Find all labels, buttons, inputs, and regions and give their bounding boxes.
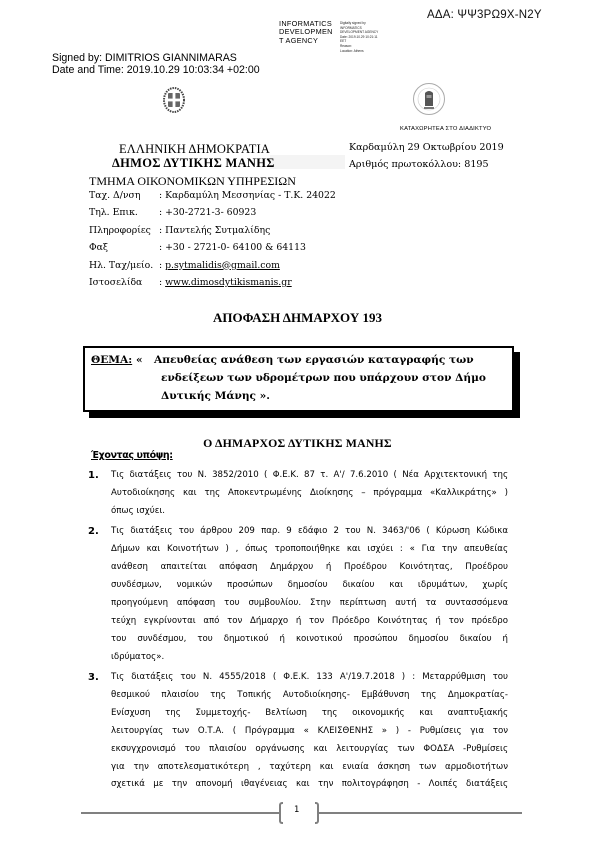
contact-row-fax: Φαξ : +30 - 2721-0- 64100 & 64113 [89, 242, 336, 259]
list-item-line: τεύχη εγκρίνονται από τον Δήμαρχο ή τον … [111, 613, 508, 631]
list-item: 3. Τις διατάξεις του Ν. 4555/2018 ( Φ.Ε.… [88, 669, 508, 794]
list-item-number: 2. [88, 523, 99, 541]
contact-row-phone: Τηλ. Επικ. : +30-2721-3- 60923 [89, 207, 336, 224]
signature-datetime: Date and Time: 2019.10.29 10:03:34 +02:0… [52, 64, 260, 76]
footer-rule-left [81, 812, 279, 814]
list-item-line: του συνδέσμου, του δημοτικού ή κοινοτικο… [111, 631, 508, 649]
list-item-number: 1. [88, 467, 99, 485]
page-number: 1 [294, 805, 299, 815]
list-item: 2. Τις διατάξεις του άρθρου 209 παρ. 9 ε… [88, 523, 508, 666]
contact-row-website: Ιστοσελίδα : www.dimosdytikismanis.gr [89, 277, 336, 294]
municipality-shade [270, 155, 345, 169]
ada-code: ΑΔΑ: ΨΨ3ΡΩ9Χ-Ν2Υ [427, 9, 542, 21]
list-item-line: σχετικά με την απονομή ιθαγένειας και τη… [111, 776, 508, 794]
contact-label: Τηλ. Επικ. [89, 207, 159, 224]
subject-line-text: Απευθείας ανάθεση των εργασιών καταγραφή… [154, 354, 474, 366]
footer-rule-right [319, 812, 522, 814]
contact-value: : +30 - 2721-0- 64100 & 64113 [159, 242, 306, 259]
fine-print-line: Location: Athens [340, 49, 378, 54]
contact-row-email: Ηλ. Ταχ/μείο. : p.sytmalidis@gmail.com [89, 260, 336, 277]
list-item-line: για την αποτελεσματικότερη , ταχύτερη κα… [111, 759, 508, 777]
contact-details: Ταχ. Δ/νση : Καρδαμύλη Μεσσηνίας - Τ.Κ. … [89, 190, 336, 294]
municipality-heading: ΔΗΜΟΣ ΔΥΤΙΚΗΣ ΜΑΝΗΣ [112, 156, 275, 171]
list-item-line: Αυτοδιοίκησης και της Αποκεντρωμένης Διο… [111, 485, 508, 503]
email-link[interactable]: p.sytmalidis@gmail.com [165, 260, 280, 277]
subject-line: Δυτικής Μάνης ». [91, 387, 486, 405]
contact-row-address: Ταχ. Δ/νση : Καρδαμύλη Μεσσηνίας - Τ.Κ. … [89, 190, 336, 207]
greek-coat-of-arms-icon [163, 87, 185, 113]
contact-value: : +30-2721-3- 60923 [159, 207, 256, 224]
website-link[interactable]: www.dimosdytikismanis.gr [165, 277, 292, 294]
list-item-line: συνδέσμων, νομικών προσώπων δημοσίου δικ… [111, 577, 508, 595]
contact-value: : Καρδαμύλη Μεσσηνίας - Τ.Κ. 24022 [159, 190, 336, 207]
document-date: Καρδαμύλη 29 Οκτωβρίου 2019 [349, 142, 504, 153]
list-item-line: Τις διατάξεις του Ν. 3852/2010 ( Φ.Ε.Κ. … [111, 467, 508, 485]
protocol-number: Αριθμός πρωτοκόλλου: 8195 [349, 159, 489, 170]
considerations-list: 1. Τις διατάξεις του Ν. 3852/2010 ( Φ.Ε.… [88, 467, 508, 797]
digital-signature-info: Signed by: DIMITRIOS GIANNIMARAS Date an… [52, 52, 260, 77]
decision-title: ΑΠΟΦΑΣΗ ΔΗΜΑΡΧΟΥ 193 [0, 310, 595, 326]
list-item-line: ανάθεση απαιτείται απόφαση Δημάρχου ή Πρ… [111, 559, 508, 577]
having-in-mind-heading: Έχοντας υπόψη: [91, 450, 173, 461]
subject-line: ΘΕΜΑ:«Απευθείας ανάθεση των εργασιών κατ… [91, 351, 486, 369]
list-item-line: Δήμων και Κοινοτήτων ) , όπως τροποποιήθ… [111, 541, 508, 559]
digital-signature-fine-print: Digitally signed by INFORMATICS DEVELOPM… [340, 21, 378, 53]
list-item-line: Τις διατάξεις του άρθρου 209 παρ. 9 εδάφ… [111, 523, 508, 541]
list-item-line: εκσυγχρονισμό του πλαισίου οργάνωσης και… [111, 741, 508, 759]
list-item-line: Ενίσχυση της Συμμετοχής- Βελτίωση της οι… [111, 705, 508, 723]
contact-value: : Παντελής Συτμαλίδης [159, 225, 270, 242]
republic-heading: ΕΛΛΗΝΙΚΗ ΔΗΜΟΚΡΑΤΙΑ [119, 142, 270, 157]
list-item-line: Τις διατάξεις του Ν. 4555/2018 ( Φ.Ε.Κ. … [111, 669, 508, 687]
subject-box: ΘΕΜΑ:«Απευθείας ανάθεση των εργασιών κατ… [83, 346, 514, 412]
publish-online-note: ΚΑΤΑΧΩΡΗΤΕΑ ΣΤΟ ΔΙΑΔΙΚΤΥΟ [400, 126, 491, 132]
subject-open-quote: « [136, 351, 154, 369]
signed-by: Signed by: DIMITRIOS GIANNIMARAS [52, 52, 260, 64]
municipality-seal-icon [412, 82, 446, 116]
signing-agency-name: INFORMATICS DEVELOPMEN T AGENCY [279, 20, 333, 45]
contact-label: Ηλ. Ταχ/μείο. [89, 260, 159, 277]
contact-row-info: Πληροφορίες : Παντελής Συτμαλίδης [89, 225, 336, 242]
subject-text: ΘΕΜΑ:«Απευθείας ανάθεση των εργασιών κατ… [91, 351, 486, 405]
list-item-number: 3. [88, 669, 99, 687]
list-item-line: ιδρύματος». [111, 649, 508, 667]
mayor-heading: Ο ΔΗΜΑΡΧΟΣ ΔΥΤΙΚΗΣ ΜΑΝΗΣ [0, 436, 595, 451]
subject-label: ΘΕΜΑ: [91, 351, 136, 369]
contact-label: Πληροφορίες [89, 225, 159, 242]
list-item-line: όπως ισχύει. [111, 503, 508, 521]
list-item: 1. Τις διατάξεις του Ν. 3852/2010 ( Φ.Ε.… [88, 467, 508, 521]
footer-bracket-left [279, 802, 283, 824]
agency-line: T AGENCY [279, 37, 333, 45]
list-item-line: θεσμικού πλαισίου της Τοπικής Αυτοδιοίκη… [111, 687, 508, 705]
contact-label: Ιστοσελίδα [89, 277, 159, 294]
list-item-line: λειτουργίας των Ο.Τ.Α. ( Πρόγραμμα « ΚΛΕ… [111, 723, 508, 741]
subject-line: ενδείξεων των υδρομέτρων που υπάρχουν στ… [91, 369, 486, 387]
list-item-line: προηγούμενη απόφαση του συμβουλίου. Στην… [111, 595, 508, 613]
contact-label: Ταχ. Δ/νση [89, 190, 159, 207]
contact-label: Φαξ [89, 242, 159, 259]
department-heading: ΤΜΗΜΑ ΟΙΚΟΝΟΜΙΚΩΝ ΥΠΗΡΕΣΙΩΝ [89, 174, 296, 189]
